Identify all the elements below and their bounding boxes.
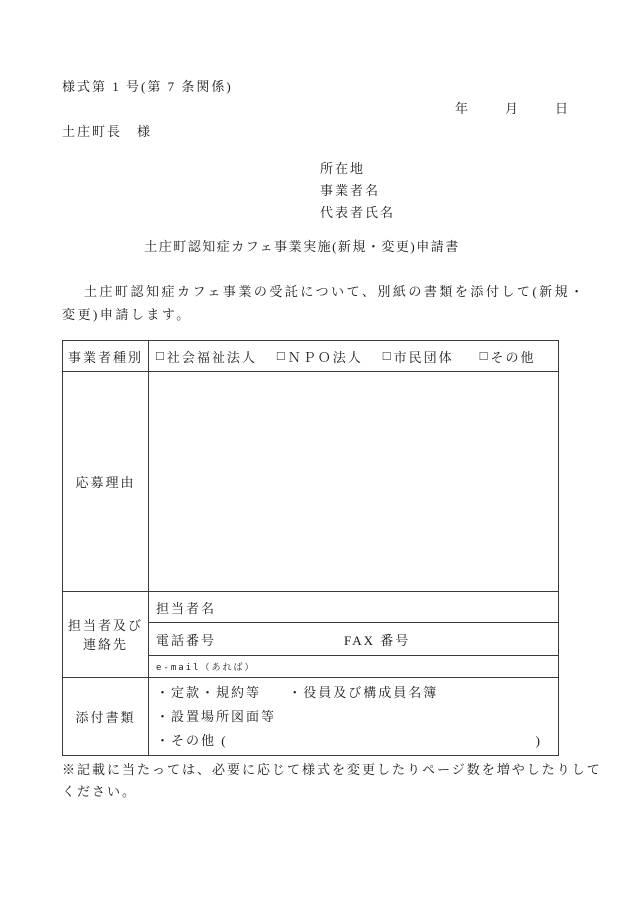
contact-label-line1: 担当者及び <box>63 616 148 635</box>
contact-label-line2: 連絡先 <box>63 635 148 654</box>
body-paragraph: 土庄町認知症カフェ事業の受託について、別紙の書類を添付して(新規・ 変更)申請し… <box>62 280 570 326</box>
option-other: □ その他 <box>480 347 536 366</box>
checkbox-icon: □ <box>383 348 393 364</box>
table-row-contact-person: 担当者及び 連絡先 担当者名 <box>63 592 559 623</box>
applicant-address-label: 所在地 <box>320 158 570 180</box>
attachment-item-site-plan: ・設置場所図面等 <box>156 709 276 724</box>
option-label: その他 <box>490 347 535 366</box>
application-form-page: 様式第 1 号(第 7 条関係) 年 月 日 土庄町長 様 所在地 事業者名 代… <box>0 0 630 903</box>
phone-fax-line: 電話番号 FAX 番号 <box>156 630 558 649</box>
applicant-block: 所在地 事業者名 代表者氏名 <box>320 158 570 224</box>
date-line: 年 月 日 <box>62 100 570 117</box>
business-type-options: □ 社会福祉法人 □ ＮＰＯ法人 □ 市民団体 □ その他 <box>156 347 558 366</box>
attachment-item-other-suffix: ) <box>536 729 542 753</box>
phone-label: 電話番号 <box>156 630 216 649</box>
application-table: 事業者種別 □ 社会福祉法人 □ ＮＰＯ法人 □ 市民団体 <box>62 340 559 756</box>
application-reason-label: 応募理由 <box>63 372 149 592</box>
addressee: 土庄町長 様 <box>62 123 570 140</box>
business-type-label: 事業者種別 <box>63 341 149 372</box>
table-row-attachments: 添付書類 ・定款・規約等 ・役員及び構成員名簿 ・設置場所図面等 ・その他 ( … <box>63 678 559 756</box>
attachment-item-other-prefix: ・その他 ( <box>156 729 228 753</box>
option-social-welfare-corp: □ 社会福祉法人 <box>156 347 257 366</box>
option-npo-corp: □ ＮＰＯ法人 <box>277 347 363 366</box>
checkbox-icon: □ <box>277 348 287 364</box>
date-day-label: 日 <box>555 100 570 117</box>
contact-person-label: 担当者名 <box>149 592 559 623</box>
date-year-label: 年 <box>455 100 470 117</box>
attachments-line-1: ・定款・規約等 ・役員及び構成員名簿 <box>156 681 558 705</box>
contact-label: 担当者及び 連絡先 <box>63 592 149 678</box>
table-row-application-reason: 応募理由 <box>63 372 559 592</box>
footer-note-line1: ※記載に当たっては、必要に応じて様式を変更したりページ数を増やしたりして <box>62 759 570 781</box>
attachments-line-3: ・その他 ( ) <box>156 729 558 753</box>
footer-note-line2: ください。 <box>62 781 570 803</box>
email-label: e-mail（あれば） <box>149 656 559 678</box>
fax-label: FAX 番号 <box>344 630 410 649</box>
attachment-item-officers: ・役員及び構成員名簿 <box>288 685 438 700</box>
checkbox-icon: □ <box>156 348 166 364</box>
form-number: 様式第 1 号(第 7 条関係) <box>62 78 570 95</box>
applicant-representative-label: 代表者氏名 <box>320 202 570 224</box>
document-title: 土庄町認知症カフェ事業実施(新規・変更)申請書 <box>62 238 570 255</box>
option-label: 市民団体 <box>394 347 454 366</box>
attachments-line-2: ・設置場所図面等 <box>156 705 558 729</box>
checkbox-icon: □ <box>480 348 490 364</box>
applicant-business-name-label: 事業者名 <box>320 180 570 202</box>
option-label: 社会福祉法人 <box>167 347 257 366</box>
attachment-item-articles: ・定款・規約等 <box>156 685 261 700</box>
attachments-label: 添付書類 <box>63 678 149 756</box>
footer-note: ※記載に当たっては、必要に応じて様式を変更したりページ数を増やしたりして くださ… <box>62 759 570 803</box>
date-month-label: 月 <box>505 100 520 117</box>
option-citizen-group: □ 市民団体 <box>383 347 454 366</box>
table-row-business-type: 事業者種別 □ 社会福祉法人 □ ＮＰＯ法人 □ 市民団体 <box>63 341 559 372</box>
application-reason-value <box>149 372 559 592</box>
body-line-2: 変更)申請します。 <box>62 303 570 326</box>
option-label: ＮＰＯ法人 <box>288 347 363 366</box>
body-line-1: 土庄町認知症カフェ事業の受託について、別紙の書類を添付して(新規・ <box>62 280 570 303</box>
